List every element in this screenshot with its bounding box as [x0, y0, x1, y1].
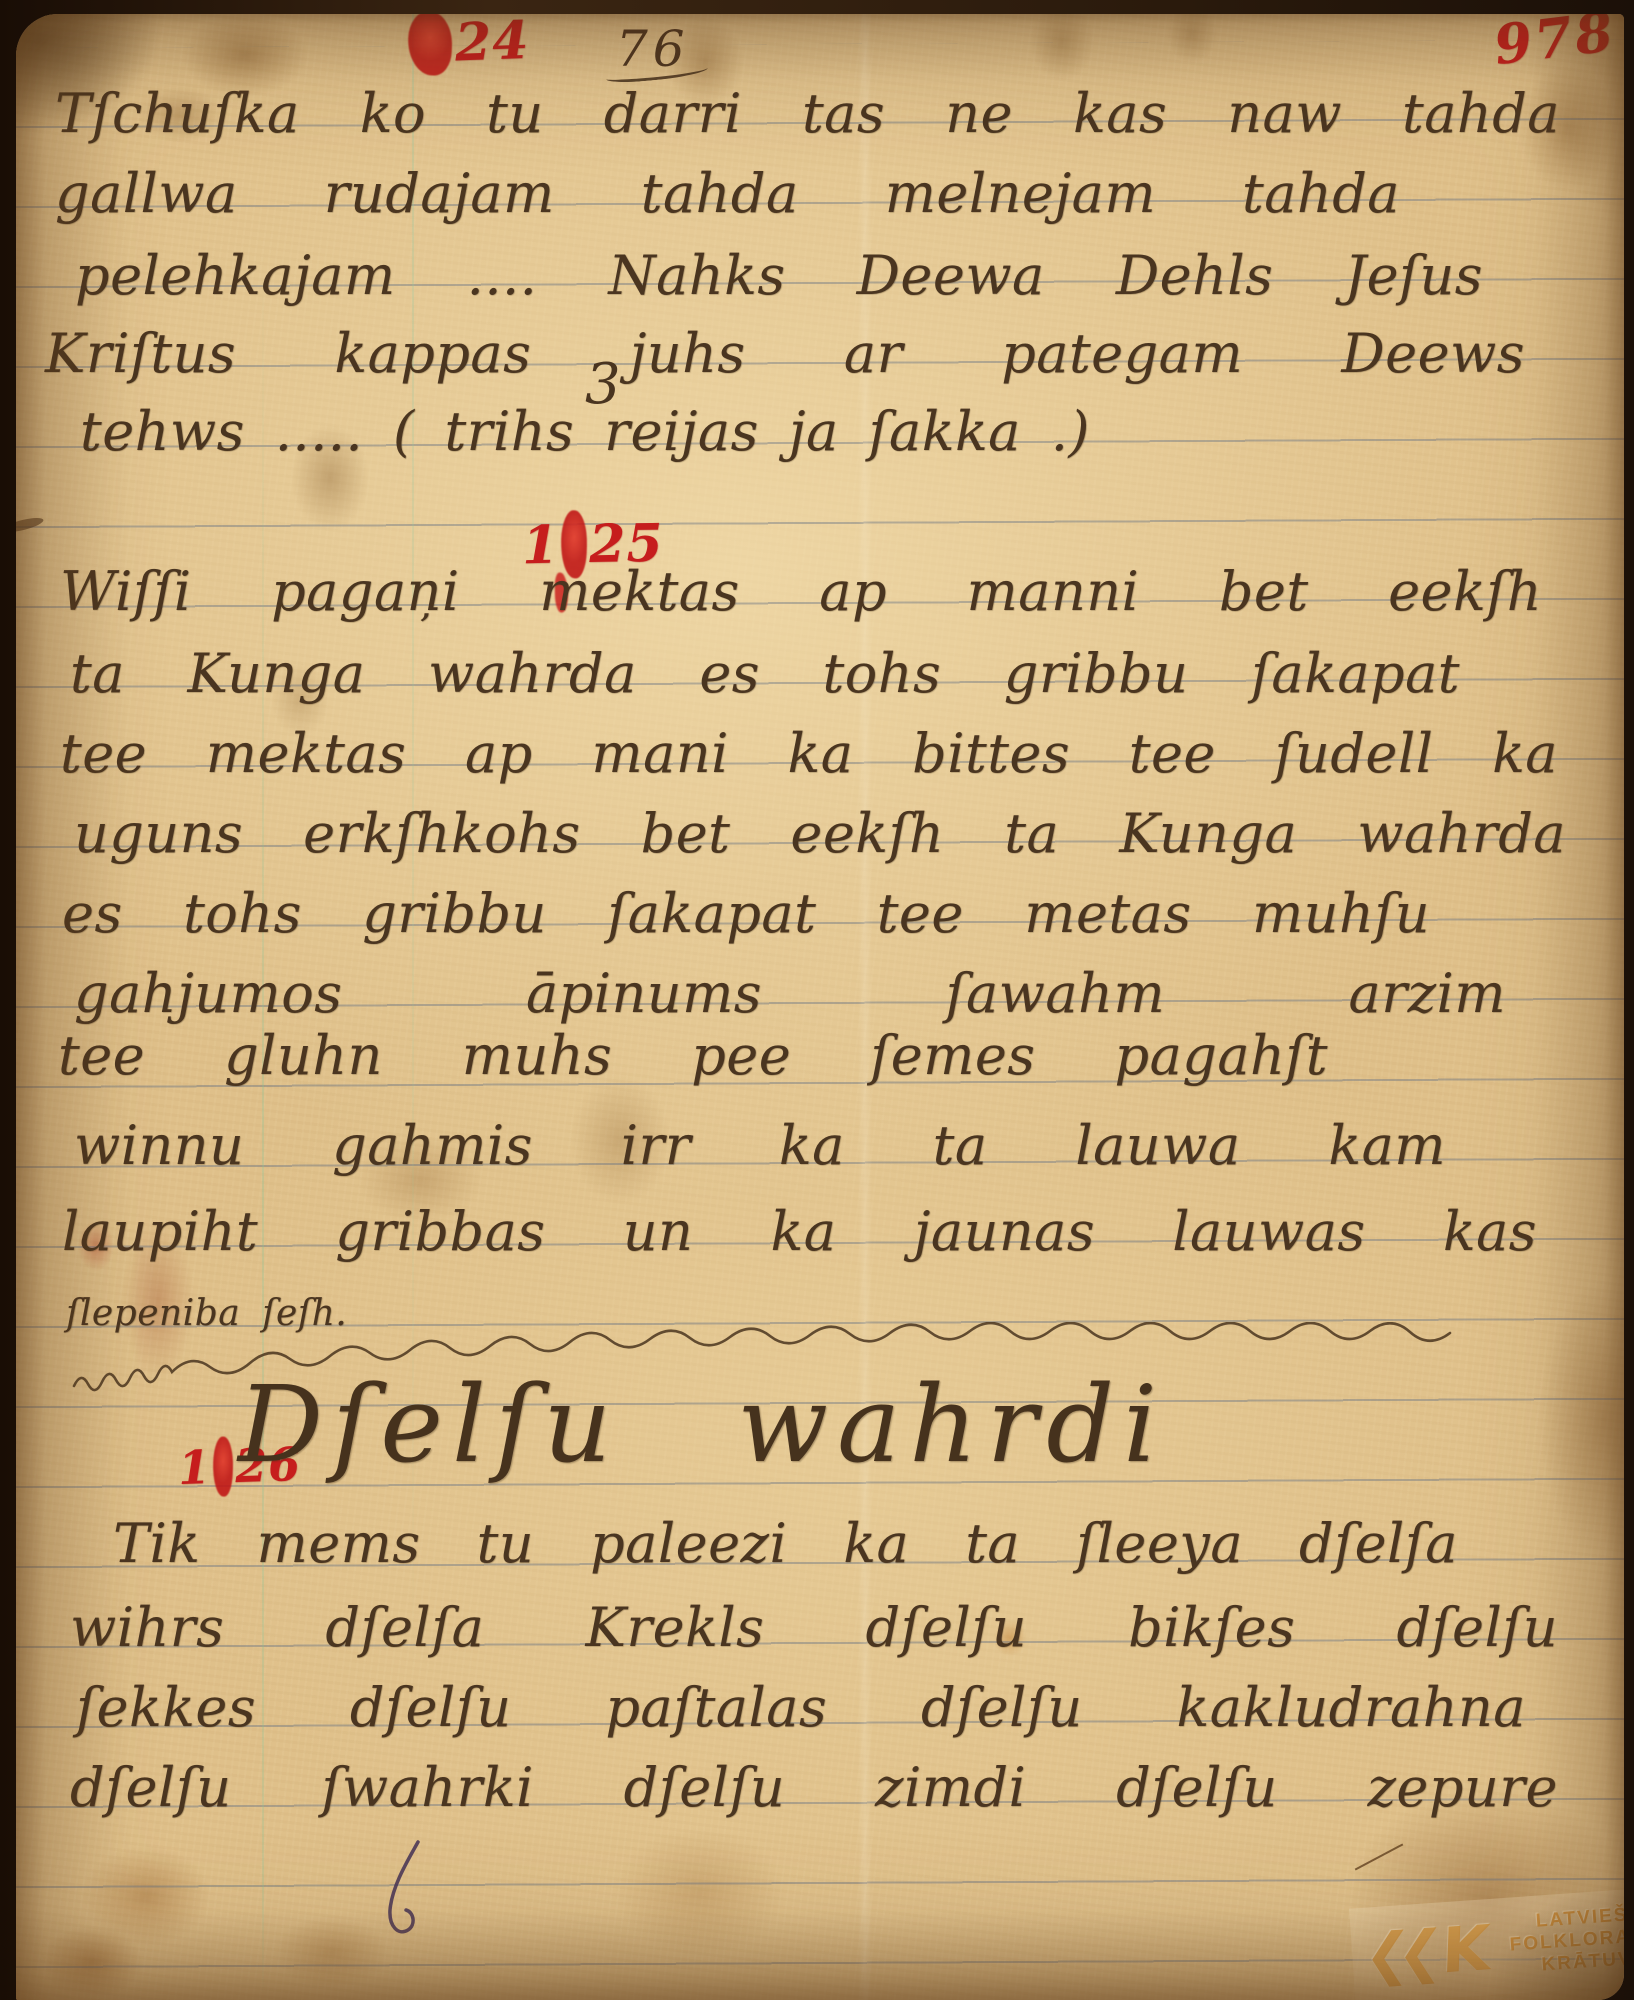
stamp-digits: 24 — [454, 14, 530, 73]
manuscript-page: 24 76 978 Tſchuſka ko tu darri tas ne ka… — [16, 14, 1624, 2000]
watermark-chevrons-icon: ❮❮ — [1363, 1919, 1431, 1989]
watermark-letter-k: K — [1441, 1910, 1491, 1987]
handwritten-line: tee gluhn muhs pee ſemes pagahſt — [58, 1026, 1328, 1086]
handwritten-line: tee mektas ap mani ka bittes tee ſudell … — [60, 724, 1558, 784]
handwritten-line: wihrs dſelſa Krekls dſelſu bikſes dſelſu — [70, 1598, 1558, 1658]
stamp-lead-digits: 1 — [177, 1440, 212, 1495]
watermark-org-name: LATVIEŠU FOLKLORAS KRĀTUVE — [1507, 1903, 1624, 1978]
handwritten-line: es tohs gribbu ſakapat tee metas muhſu — [62, 884, 1430, 944]
handwritten-line: gallwa rudajam tahda melnejam tahda — [55, 164, 1400, 224]
handwritten-line: Tſchuſka ko tu darri tas ne kas naw tahd… — [55, 84, 1560, 144]
archive-stamp-1124: 24 — [407, 14, 531, 76]
handwritten-line: dſelſu ſwahrki dſelſu zimdi dſelſu zepur… — [70, 1758, 1558, 1818]
handwritten-line: Kriſtus kappas juhs ar pategam Deews — [45, 324, 1525, 384]
folio-number: 76 — [616, 20, 690, 78]
section-number: 3 — [585, 352, 621, 417]
handwritten-line: laupiht gribbas un ka jaunas lauwas kas — [62, 1202, 1537, 1262]
pen-stroke — [378, 1838, 433, 1938]
handwritten-line: winnu gahmis irr ka ta lauwa kam — [74, 1116, 1446, 1176]
handwritten-line: ta Kunga wahrda es tohs gribbu ſakapat — [70, 644, 1460, 704]
handwritten-line: gahjumos āpinums ſawahm arzim — [74, 964, 1506, 1024]
red-ink-smear — [407, 14, 453, 76]
handwritten-line: Wiſſi pagaņi mektas ap manni bet eekſh — [60, 562, 1542, 622]
handwritten-line: uguns erkſhkohs bet eekſh ta Kunga wahrd… — [74, 804, 1566, 864]
section-heading: Dſelſu wahrdi — [238, 1372, 1166, 1478]
handwritten-line: pelehkajam .... Nahks Deewa Dehls Jeſus — [75, 246, 1483, 306]
manuscript-scan: 24 76 978 Tſchuſka ko tu darri tas ne ka… — [0, 0, 1634, 2000]
handwritten-line: Tik mems tu paleezi ka ta ſleeya dſelſa — [113, 1514, 1458, 1574]
page-inner: 24 76 978 Tſchuſka ko tu darri tas ne ka… — [16, 14, 1624, 2000]
red-ink-smear — [212, 1436, 234, 1497]
handwritten-line: ſekkes dſelſu paſtalas dſelſu kakludrahn… — [76, 1678, 1526, 1738]
